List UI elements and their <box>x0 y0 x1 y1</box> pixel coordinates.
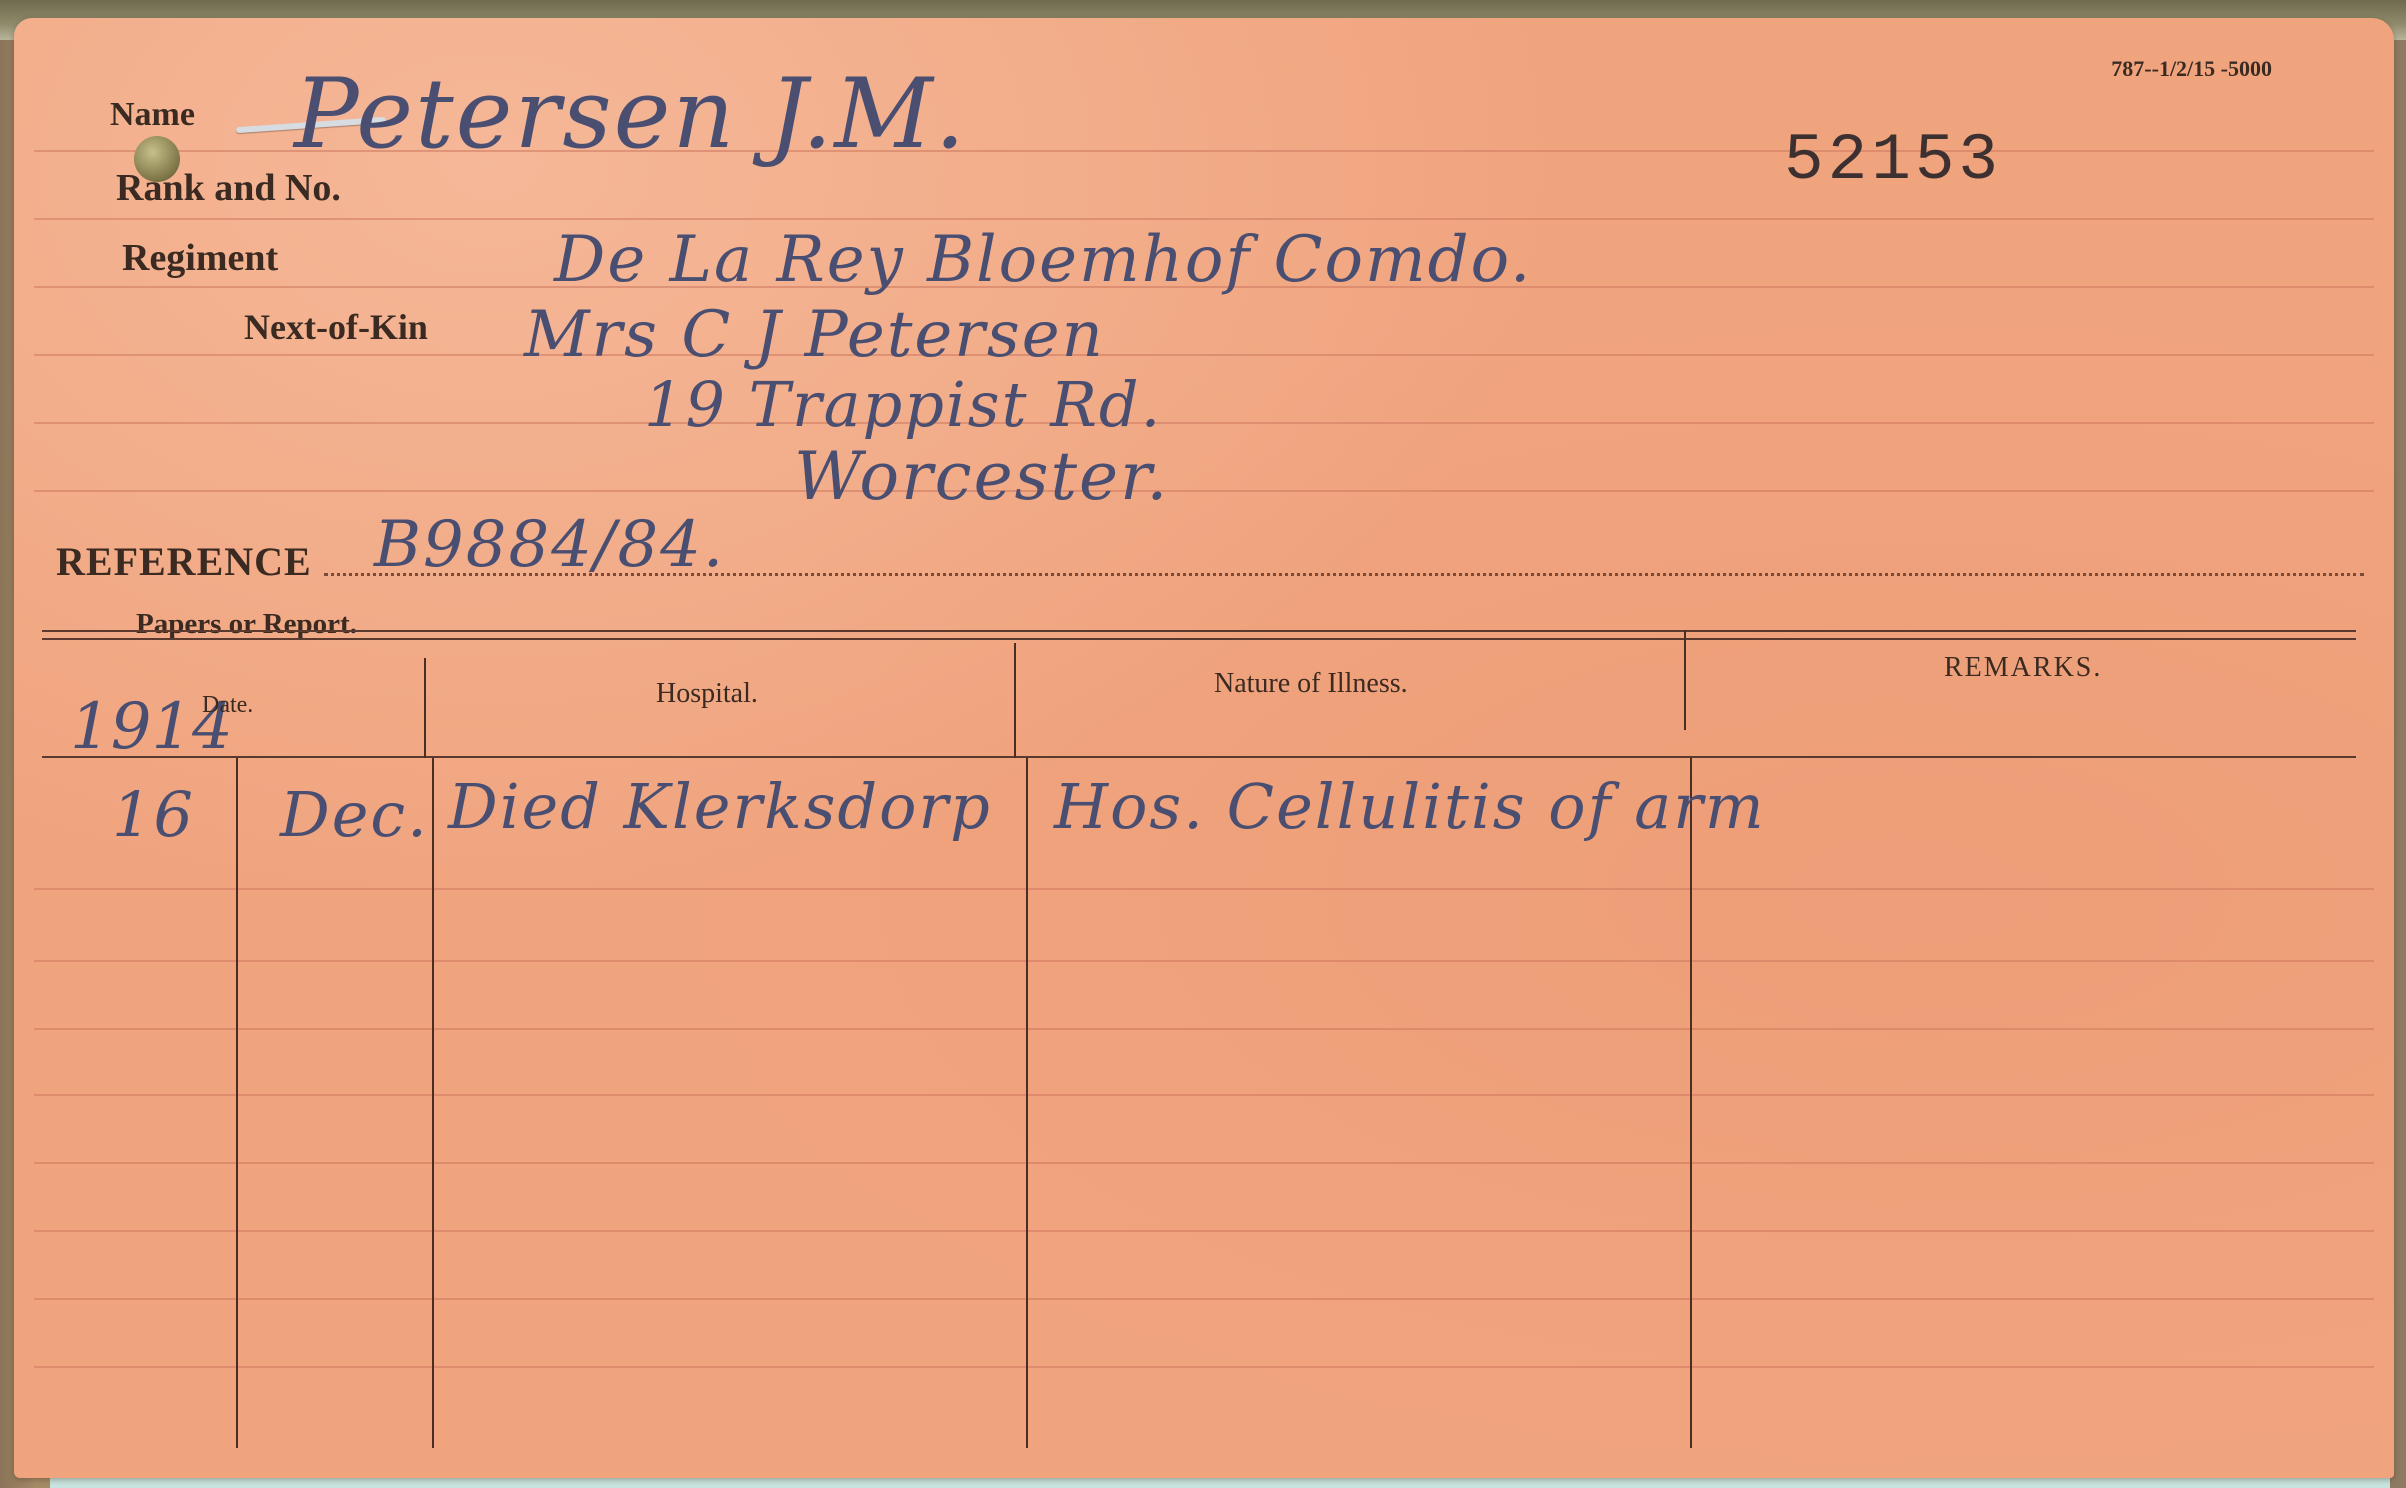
rank-label: Rank and No. <box>116 166 341 210</box>
column-header-remarks: REMARKS. <box>1944 652 2102 684</box>
table-top-rule <box>42 638 2356 640</box>
ruled-line <box>34 888 2374 890</box>
table-top-rule <box>42 630 2356 632</box>
reference-entry: B9884/84. <box>374 508 725 582</box>
row-hospital: Died Klerksdorp <box>448 770 992 843</box>
column-divider <box>432 758 434 1448</box>
row-day: 16 <box>112 778 195 851</box>
column-divider <box>236 758 238 1448</box>
column-divider <box>1026 758 1028 1448</box>
next-of-kin-line: Mrs C J Petersen <box>524 298 1105 372</box>
column-header-hospital: Hospital. <box>656 678 758 710</box>
regiment-label: Regiment <box>122 236 278 280</box>
name-entry: Petersen J.M. <box>294 58 967 170</box>
column-divider <box>1690 758 1692 1448</box>
card-number: 52153 <box>1784 123 2002 198</box>
ruled-line <box>34 218 2374 220</box>
ruled-line <box>34 354 2374 356</box>
hospital-index-card: Name Rank and No. Regiment Next-of-Kin R… <box>14 18 2394 1478</box>
ruled-line <box>34 1230 2374 1232</box>
row-month: Dec. <box>280 778 429 851</box>
ruled-line <box>34 960 2374 962</box>
ruled-line <box>34 1028 2374 1030</box>
column-divider <box>1014 643 1016 758</box>
column-divider <box>424 658 426 758</box>
name-label: Name <box>110 96 195 134</box>
next-of-kin-line: 19 Trappist Rd. <box>644 368 1162 441</box>
papers-or-report-label: Papers or Report. <box>136 608 357 641</box>
column-divider <box>1684 630 1686 730</box>
reference-label: REFERENCE <box>56 538 312 585</box>
ruled-line <box>34 1162 2374 1164</box>
next-of-kin-label: Next-of-Kin <box>244 306 428 348</box>
ruled-line <box>34 490 2374 492</box>
ruled-line <box>34 1298 2374 1300</box>
regiment-entry: De La Rey Bloemhof Comdo. <box>554 223 1532 297</box>
ruled-line <box>34 422 2374 424</box>
next-of-kin-line: Worcester. <box>794 438 1169 515</box>
form-number: 787--1/2/15 -5000 <box>2111 56 2272 82</box>
column-header-illness: Nature of Illness. <box>1214 668 1408 700</box>
table-header-rule <box>42 756 2356 758</box>
ruled-line <box>34 1094 2374 1096</box>
column-header-date: Date. <box>202 692 253 719</box>
row-illness: Hos. Cellulitis of arm <box>1054 770 1766 843</box>
ruled-line <box>34 1366 2374 1368</box>
